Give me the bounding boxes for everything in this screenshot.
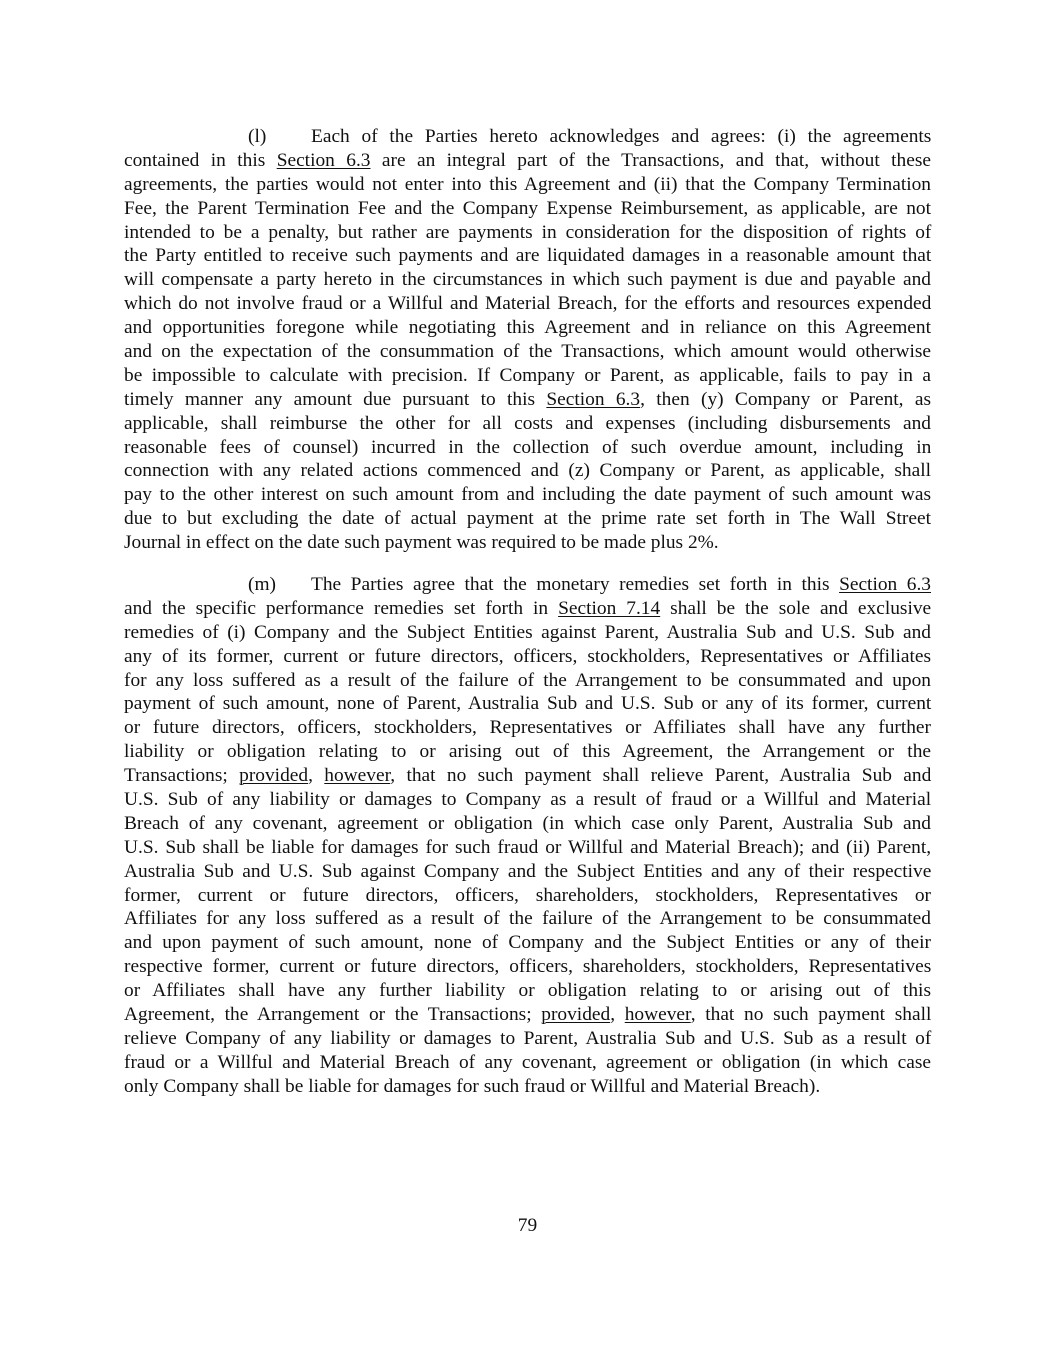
document-page: (l)Each of the Parties hereto acknowledg… bbox=[0, 0, 1055, 1365]
text-line: relieve Company of any liability or dama… bbox=[124, 1027, 931, 1051]
paragraph-label: (m) bbox=[248, 573, 311, 597]
text-line: (l)Each of the Parties hereto acknowledg… bbox=[124, 125, 931, 149]
text-line: which do not involve fraud or a Willful … bbox=[124, 292, 931, 316]
text-line: and the specific performance remedies se… bbox=[124, 597, 931, 621]
text-line: Fee, the Parent Termination Fee and the … bbox=[124, 197, 931, 221]
text-line: Australia Sub and U.S. Sub against Compa… bbox=[124, 860, 931, 884]
cross-reference: Section 7.14 bbox=[558, 598, 660, 619]
text-line: Agreement, the Arrangement or the Transa… bbox=[124, 1003, 931, 1027]
text-line: payment of such amount, none of Parent, … bbox=[124, 692, 931, 716]
text-line: and upon payment of such amount, none of… bbox=[124, 931, 931, 955]
paragraph-label: (l) bbox=[248, 125, 311, 149]
paragraph-m: (m)The Parties agree that the monetary r… bbox=[124, 573, 931, 1099]
text-line: only Company shall be liable for damages… bbox=[124, 1075, 931, 1099]
text-line: or future directors, officers, stockhold… bbox=[124, 716, 931, 740]
cross-reference: however bbox=[324, 765, 390, 786]
text-line: respective former, current or future dir… bbox=[124, 955, 931, 979]
text-line: due to but excluding the date of actual … bbox=[124, 507, 931, 531]
text-line: Transactions; provided, however, that no… bbox=[124, 764, 931, 788]
text-line: fraud or a Willful and Material Breach o… bbox=[124, 1051, 931, 1075]
text-line: (m)The Parties agree that the monetary r… bbox=[124, 573, 931, 597]
text-line: intended to be a penalty, but rather are… bbox=[124, 221, 931, 245]
cross-reference: provided bbox=[541, 1004, 610, 1025]
text-line: Breach of any covenant, agreement or obl… bbox=[124, 812, 931, 836]
text-line: agreements, the parties would not enter … bbox=[124, 173, 931, 197]
text-line: U.S. Sub shall be liable for damages for… bbox=[124, 836, 931, 860]
cross-reference: Section 6.3 bbox=[546, 389, 640, 410]
paragraph-l: (l)Each of the Parties hereto acknowledg… bbox=[124, 125, 931, 555]
text-line: reasonable fees of counsel) incurred in … bbox=[124, 436, 931, 460]
text-line: remedies of (i) Company and the Subject … bbox=[124, 621, 931, 645]
text-line: the Party entitled to receive such payme… bbox=[124, 244, 931, 268]
text-line: any of its former, current or future dir… bbox=[124, 645, 931, 669]
text-line: and opportunities foregone while negotia… bbox=[124, 316, 931, 340]
text-line: Affiliates for any loss suffered as a re… bbox=[124, 907, 931, 931]
text-line: pay to the other interest on such amount… bbox=[124, 483, 931, 507]
page-number: 79 bbox=[0, 1215, 1055, 1237]
cross-reference: however bbox=[625, 1004, 691, 1025]
text-line: contained in this Section 6.3 are an int… bbox=[124, 149, 931, 173]
text-line: Journal in effect on the date such payme… bbox=[124, 531, 931, 555]
cross-reference: Section 6.3 bbox=[839, 574, 931, 595]
text-line: will compensate a party hereto in the ci… bbox=[124, 268, 931, 292]
cross-reference: provided bbox=[239, 765, 308, 786]
text-line: liability or obligation relating to or a… bbox=[124, 740, 931, 764]
cross-reference: Section 6.3 bbox=[277, 150, 371, 171]
text-line: U.S. Sub of any liability or damages to … bbox=[124, 788, 931, 812]
text-line: and on the expectation of the consummati… bbox=[124, 340, 931, 364]
text-line: applicable, shall reimburse the other fo… bbox=[124, 412, 931, 436]
text-line: connection with any related actions comm… bbox=[124, 459, 931, 483]
text-line: for any loss suffered as a result of the… bbox=[124, 669, 931, 693]
text-line: former, current or future directors, off… bbox=[124, 884, 931, 908]
text-line: or Affiliates shall have any further lia… bbox=[124, 979, 931, 1003]
text-line: be impossible to calculate with precisio… bbox=[124, 364, 931, 388]
text-line: timely manner any amount due pursuant to… bbox=[124, 388, 931, 412]
